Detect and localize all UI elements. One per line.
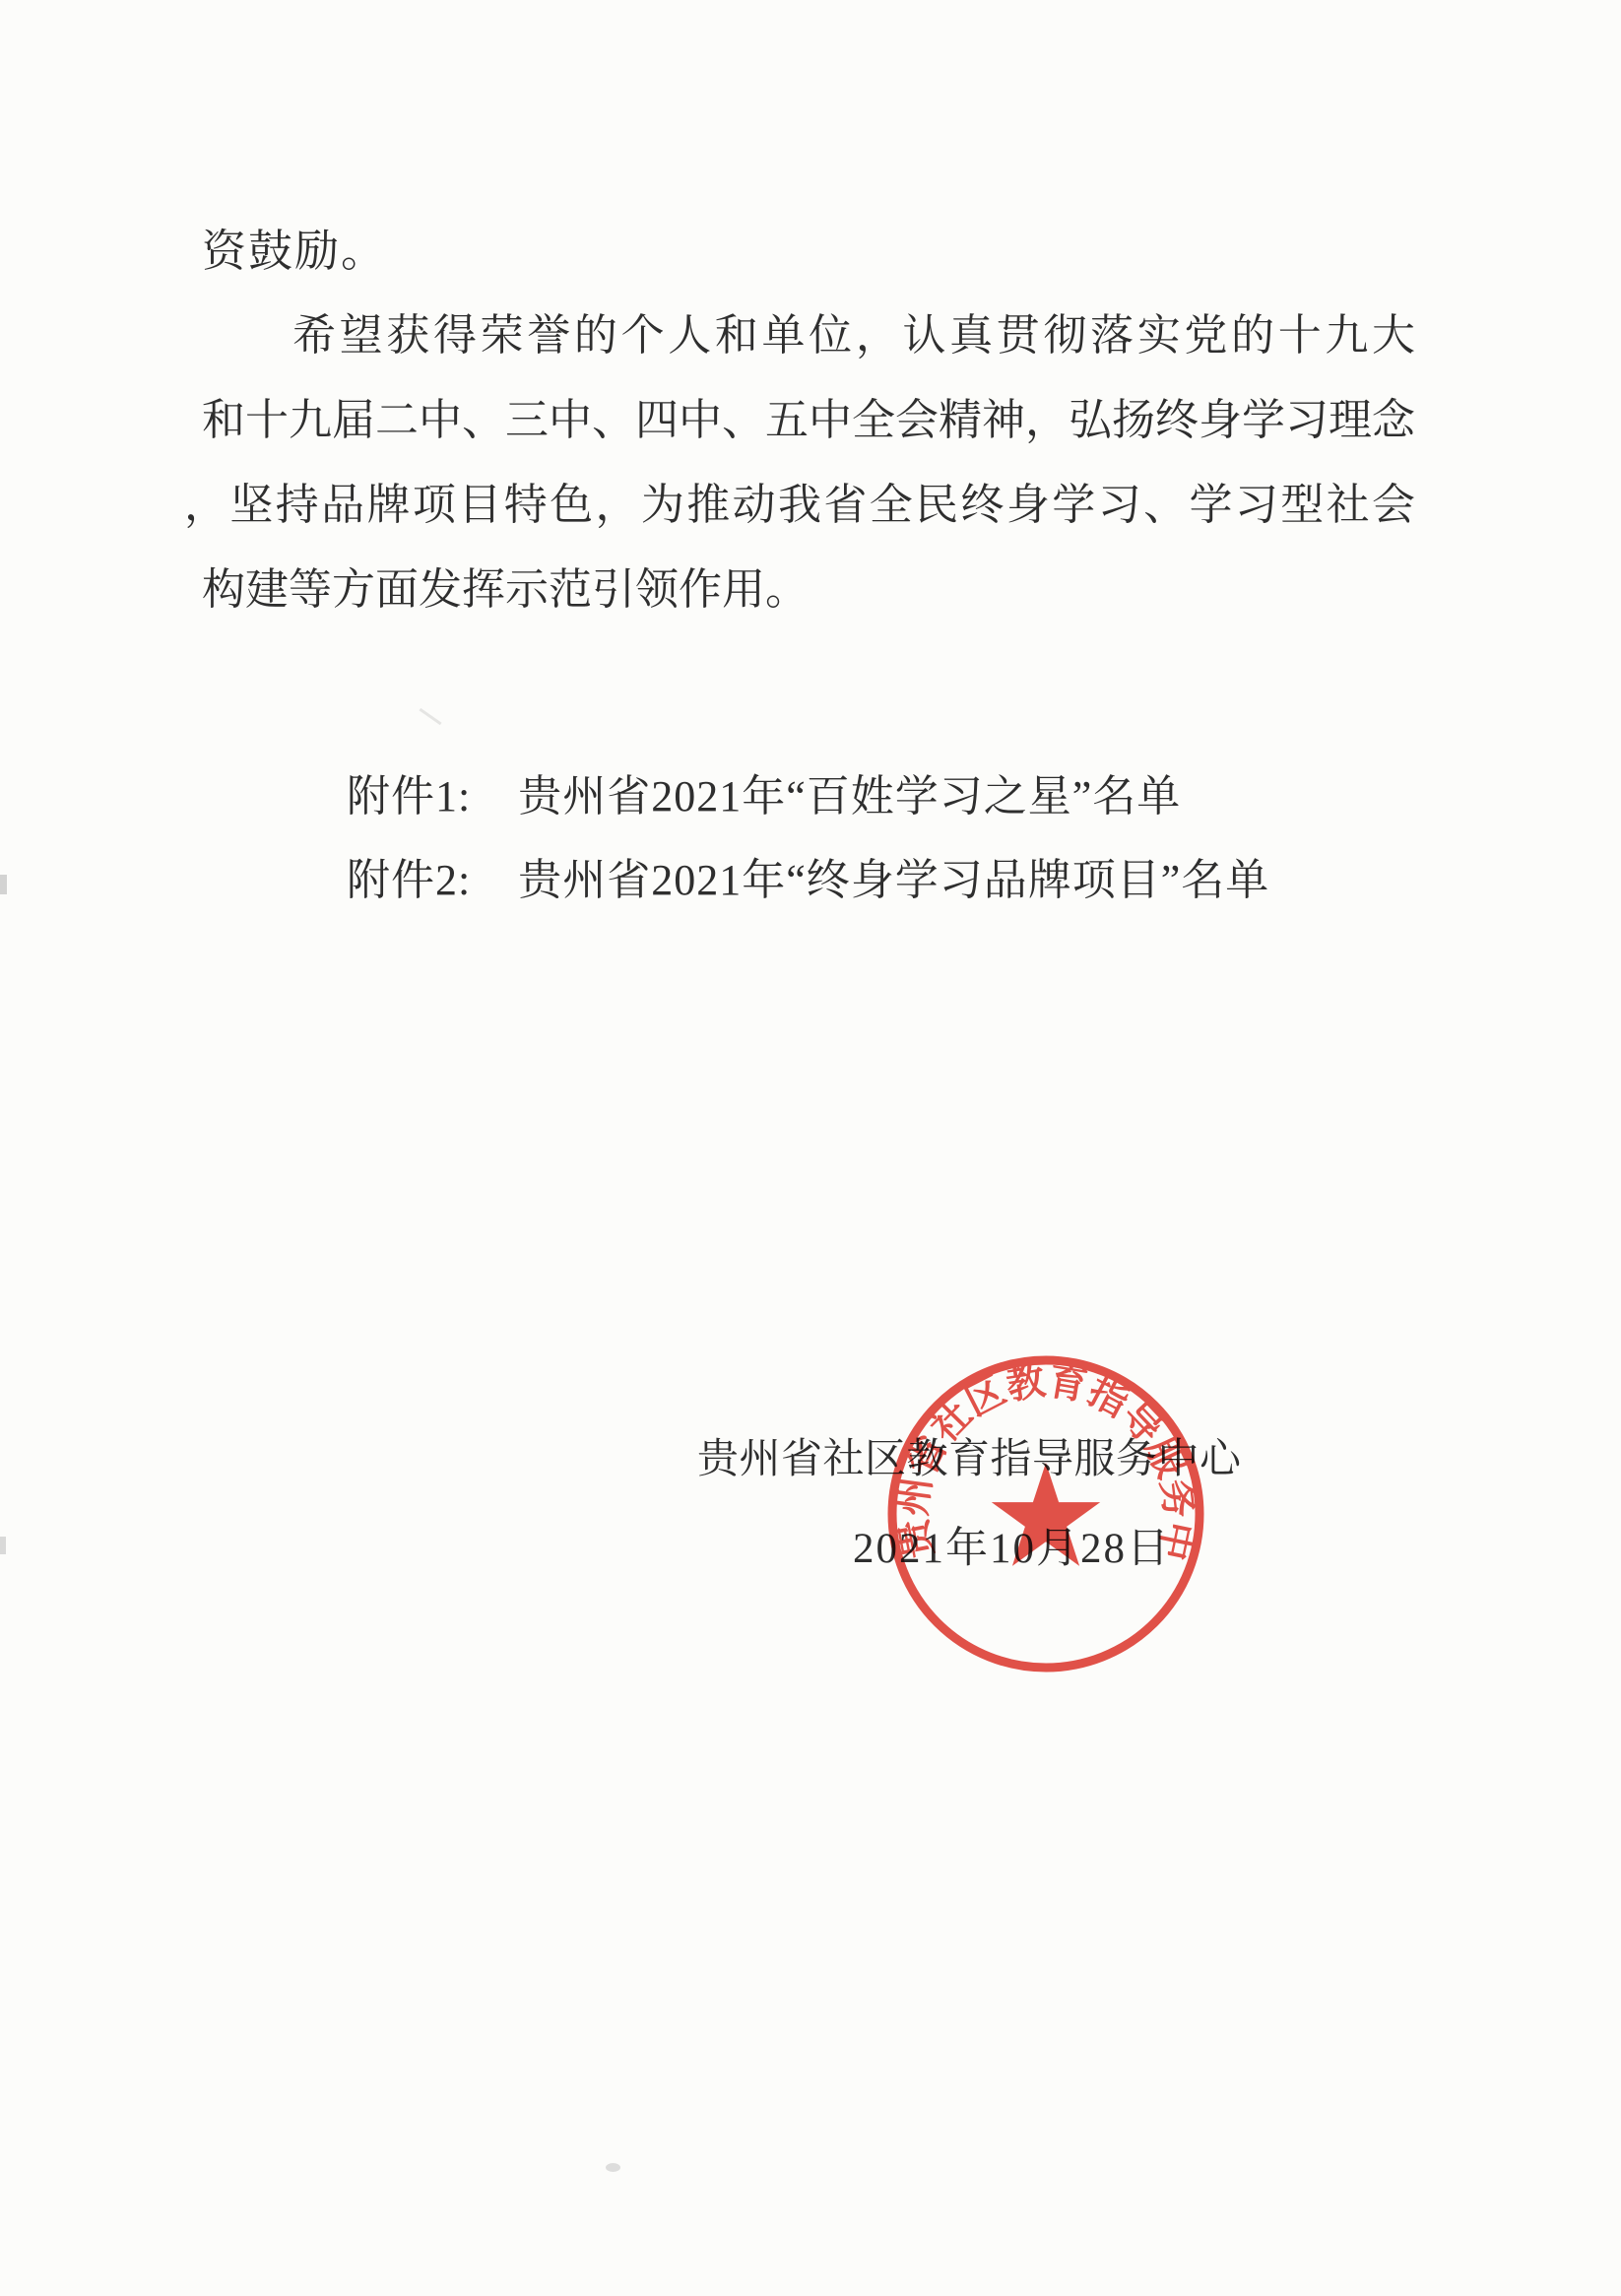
attachment-2-title: 贵州省2021年“终身学习品牌项目”名单 bbox=[518, 856, 1269, 904]
paragraph-line: 希望获得荣誉的个人和单位，认真贯彻落实党的十九大 bbox=[202, 294, 1415, 378]
paragraph-line: 和十九届二中、三中、四中、五中全会精神，弘扬终身学习理念 bbox=[202, 378, 1415, 463]
seal-star-icon bbox=[992, 1463, 1100, 1566]
paragraph-line: 构建等方面发挥示范引领作用。 bbox=[202, 548, 1415, 632]
paragraph-continuation-line: 资鼓励。 bbox=[202, 215, 387, 279]
attachment-item-1: 附件1:贵州省2021年“百姓学习之星”名单 bbox=[347, 760, 1181, 823]
scan-artifact bbox=[0, 875, 7, 894]
attachment-1-label: 附件1: bbox=[347, 772, 471, 820]
scan-artifact bbox=[0, 1537, 6, 1554]
attachment-item-2: 附件2:贵州省2021年“终身学习品牌项目”名单 bbox=[347, 844, 1269, 907]
body-paragraph: 希望获得荣誉的个人和单位，认真贯彻落实党的十九大 和十九届二中、三中、四中、五中… bbox=[202, 294, 1415, 632]
paragraph-line: ，坚持品牌项目特色，为推动我省全民终身学习、学习型社会 bbox=[184, 463, 1415, 548]
official-seal: 贵州省社区教育指导服务中心 bbox=[878, 1346, 1213, 1681]
document-page: 资鼓励。 希望获得荣誉的个人和单位，认真贯彻落实党的十九大 和十九届二中、三中、… bbox=[0, 0, 1621, 2296]
attachment-2-label: 附件2: bbox=[347, 856, 471, 904]
scan-artifact bbox=[606, 2163, 620, 2172]
scan-artifact bbox=[419, 708, 441, 725]
attachment-1-title: 贵州省2021年“百姓学习之星”名单 bbox=[518, 772, 1181, 820]
